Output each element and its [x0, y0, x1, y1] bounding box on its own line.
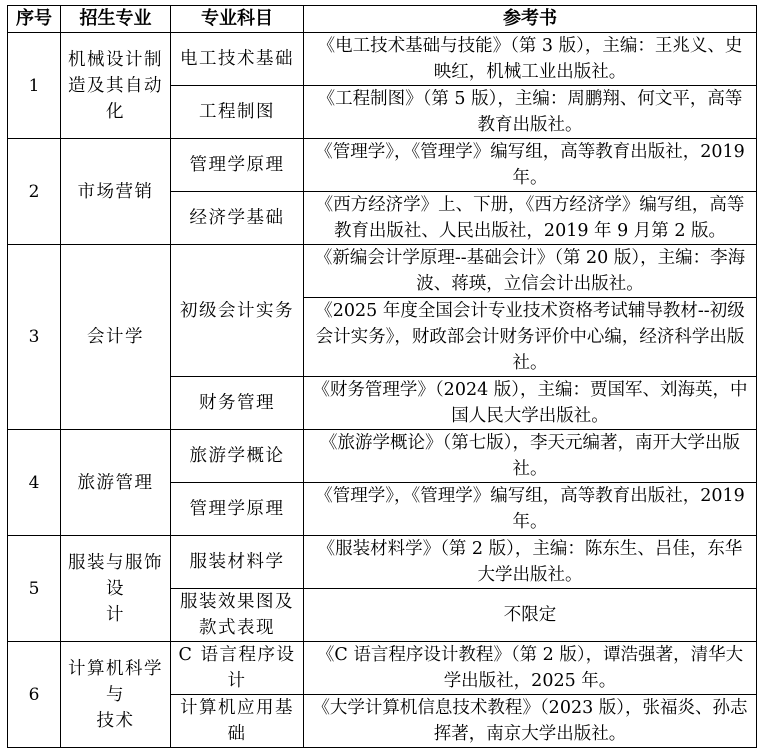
reference-book-cell: 《2025 年度全国会计专业技术资格考试辅导教材--初级 会计实务》，财政部会计… [304, 298, 757, 377]
serial-number-cell: 1 [8, 33, 61, 139]
subject-name-cell: 服装效果图及 款式表现 [171, 589, 304, 642]
reference-book-cell: 《电工技术基础与技能》（第 3 版），主编：王兆义、史 映红，机械工业出版社。 [304, 33, 757, 86]
reference-books-table: 序号 招生专业 专业科目 参考书 1 机械设计制 造及其自动 化 电工技术基础 … [7, 5, 757, 748]
header-cell-reference-books: 参考书 [304, 6, 757, 33]
reference-book-cell: 《大学计算机信息技术教程》（2023 版），张福炎、孙志 挥著，南京大学出版社。 [304, 695, 757, 748]
serial-number-cell: 6 [8, 642, 61, 748]
subject-name-cell: 计算机应用基 础 [171, 695, 304, 748]
subject-name-cell: 经济学基础 [171, 192, 304, 245]
reference-book-cell: 《管理学》，《管理学》编写组，高等教育出版社，2019 年。 [304, 139, 757, 192]
subject-name-cell: 工程制图 [171, 86, 304, 139]
subject-name-cell: 财务管理 [171, 377, 304, 430]
reference-book-cell: 《财务管理学》（2024 版），主编：贾国军、刘海英，中 国人民大学出版社。 [304, 377, 757, 430]
subject-name-cell: 服装材料学 [171, 536, 304, 589]
header-cell-serial-number: 序号 [8, 6, 61, 33]
reference-book-cell: 《旅游学概论》（第七版），李天元编著，南开大学出版 社。 [304, 430, 757, 483]
subject-name-cell: 初级会计实务 [171, 245, 304, 377]
major-name-cell: 旅游管理 [61, 430, 171, 536]
table-row: 1 机械设计制 造及其自动 化 电工技术基础 《电工技术基础与技能》（第 3 版… [8, 33, 757, 86]
subject-name-cell: 管理学原理 [171, 483, 304, 536]
major-name-cell: 机械设计制 造及其自动 化 [61, 33, 171, 139]
table-row: 3 会计学 初级会计实务 《新编会计学原理--基础会计》（第 20 版），主编：… [8, 245, 757, 298]
reference-book-cell: 《C 语言程序设计教程》（第 2 版），谭浩强著，清华大 学出版社，2025 年… [304, 642, 757, 695]
subject-name-cell: 电工技术基础 [171, 33, 304, 86]
serial-number-cell: 5 [8, 536, 61, 642]
reference-book-cell: 《西方经济学》上、下册，《西方经济学》编写组，高等 教育出版社、人民出版社，20… [304, 192, 757, 245]
table-row: 5 服装与服饰设 计 服装材料学 《服装材料学》（第 2 版），主编：陈东生、吕… [8, 536, 757, 589]
reference-book-cell: 《管理学》，《管理学》编写组，高等教育出版社，2019 年。 [304, 483, 757, 536]
header-cell-subject: 专业科目 [171, 6, 304, 33]
major-name-cell: 服装与服饰设 计 [61, 536, 171, 642]
subject-name-cell: 管理学原理 [171, 139, 304, 192]
table-header-row: 序号 招生专业 专业科目 参考书 [8, 6, 757, 33]
major-name-cell: 计算机科学与 技术 [61, 642, 171, 748]
table-row: 2 市场营销 管理学原理 《管理学》，《管理学》编写组，高等教育出版社，2019… [8, 139, 757, 192]
serial-number-cell: 4 [8, 430, 61, 536]
subject-name-cell: 旅游学概论 [171, 430, 304, 483]
major-name-cell: 会计学 [61, 245, 171, 430]
major-name-cell: 市场营销 [61, 139, 171, 245]
table-row: 4 旅游管理 旅游学概论 《旅游学概论》（第七版），李天元编著，南开大学出版 社… [8, 430, 757, 483]
reference-book-cell: 《工程制图》（第 5 版），主编：周鹏翔、何文平，高等 教育出版社。 [304, 86, 757, 139]
serial-number-cell: 2 [8, 139, 61, 245]
reference-book-cell: 《服装材料学》（第 2 版），主编：陈东生、吕佳，东华 大学出版社。 [304, 536, 757, 589]
subject-name-cell: C 语言程序设 计 [171, 642, 304, 695]
serial-number-cell: 3 [8, 245, 61, 430]
reference-book-cell: 不限定 [304, 589, 757, 642]
table-row: 6 计算机科学与 技术 C 语言程序设 计 《C 语言程序设计教程》（第 2 版… [8, 642, 757, 695]
reference-book-cell: 《新编会计学原理--基础会计》（第 20 版），主编：李海 波、蒋瑛，立信会计出… [304, 245, 757, 298]
header-cell-major: 招生专业 [61, 6, 171, 33]
